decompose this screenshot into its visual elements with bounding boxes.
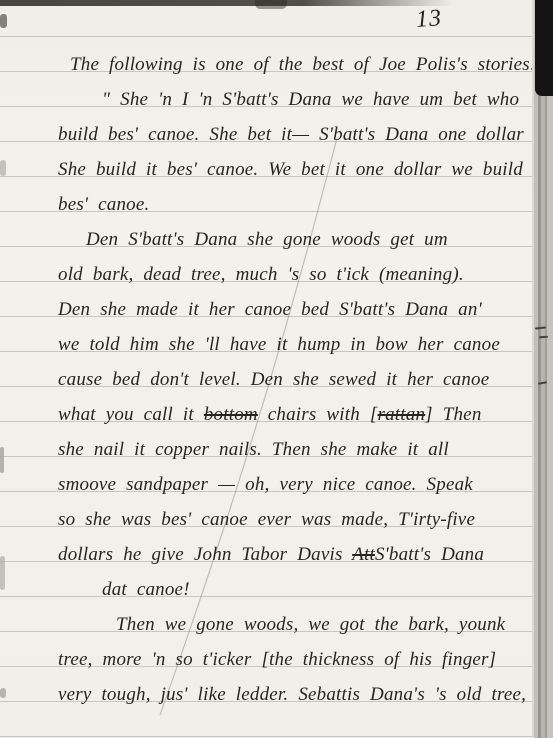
manuscript-line: She build it bes' canoe. We bet it one d… — [58, 152, 550, 187]
scan-speck — [0, 556, 5, 590]
manuscript-line: what you call it bottom chairs with [rat… — [58, 397, 550, 432]
manuscript-lines: The following is one of the best of Joe … — [58, 47, 550, 712]
scan-speck — [0, 14, 7, 28]
manuscript-line: tree, more 'n so t'icker [the thickness … — [58, 642, 550, 677]
manuscript-line: very tough, jus' like ledder. Sebattis D… — [58, 677, 550, 712]
scan-speck — [0, 160, 6, 176]
corner-shadow — [535, 0, 553, 96]
manuscript-line: dat canoe! — [58, 572, 550, 607]
scan-speck — [0, 447, 4, 473]
manuscript-line: we told him she 'll have it hump in bow … — [58, 327, 550, 362]
manuscript-line: Den she made it her canoe bed S'batt's D… — [58, 292, 550, 327]
manuscript-page: 13 The following is one of the best of J… — [0, 0, 553, 738]
manuscript-line: dollars he give John Tabor Davis AttS'ba… — [58, 537, 550, 572]
manuscript-line: so she was bes' canoe ever was made, T'i… — [58, 502, 550, 537]
margin-mark — [535, 326, 546, 329]
manuscript-line: she nail it copper nails. Then she make … — [58, 432, 550, 467]
manuscript-line: cause bed don't level. Den she sewed it … — [58, 362, 550, 397]
scan-top-notch — [255, 0, 287, 9]
manuscript-line: Den S'batt's Dana she gone woods get um — [58, 222, 550, 257]
page-number: 13 — [415, 5, 443, 34]
manuscript-line: old bark, dead tree, much 's so t'ick (m… — [58, 257, 550, 292]
manuscript-line: The following is one of the best of Joe … — [58, 47, 550, 82]
manuscript-line: Then we gone woods, we got the bark, you… — [58, 607, 550, 642]
scan-edge-strip — [532, 0, 553, 738]
manuscript-line: " She 'n I 'n S'batt's Dana we have um b… — [58, 82, 550, 117]
margin-mark — [538, 381, 547, 385]
manuscript-line: build bes' canoe. She bet it— S'batt's D… — [58, 117, 550, 152]
margin-mark — [539, 336, 548, 339]
manuscript-line: smoove sandpaper — oh, very nice canoe. … — [58, 467, 550, 502]
scan-speck — [0, 688, 6, 698]
manuscript-line: bes' canoe. — [58, 187, 550, 222]
